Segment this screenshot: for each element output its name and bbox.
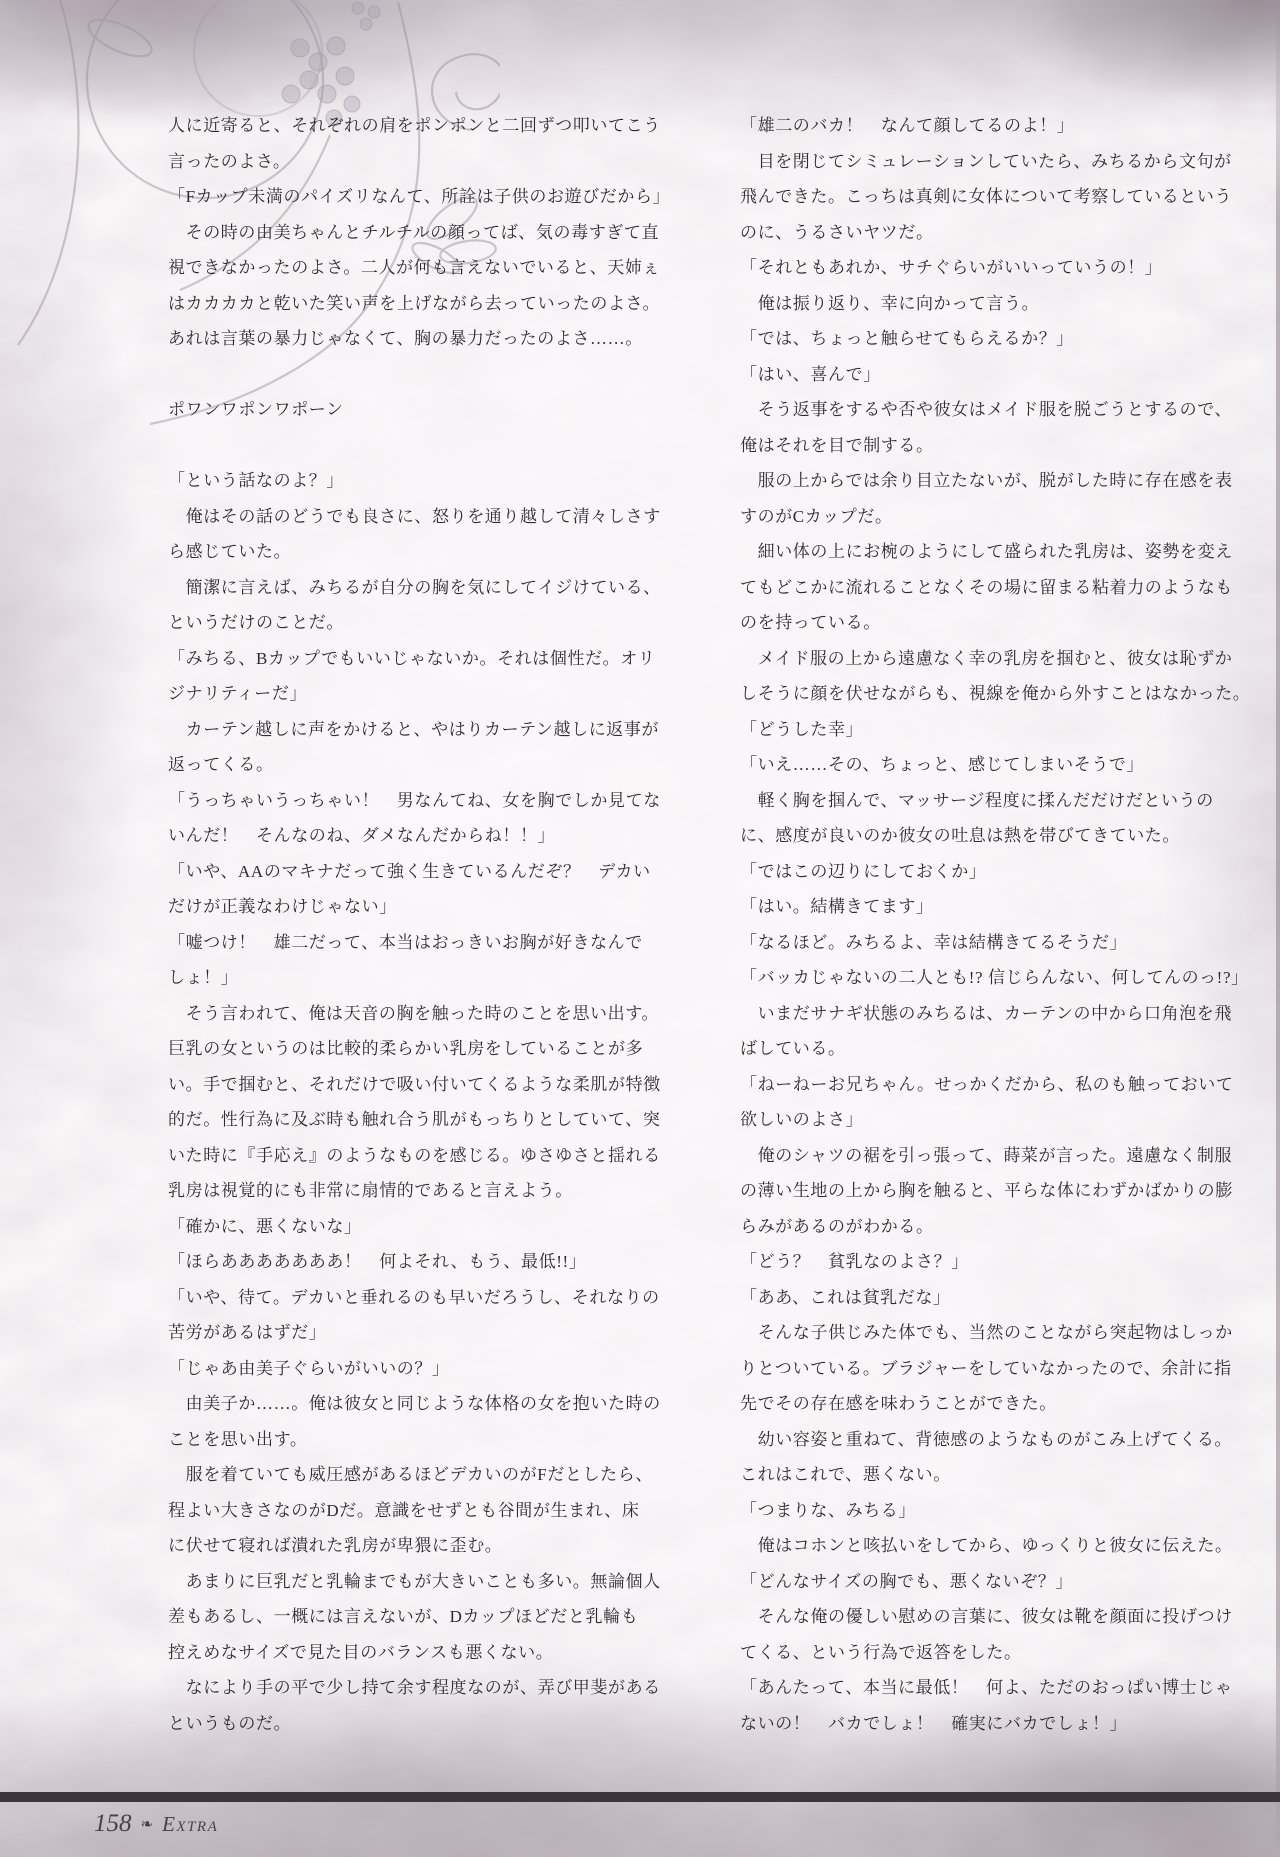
text-line: 「確かに、悪くないな」 — [168, 1209, 686, 1245]
text-line: カーテン越しに声をかけると、やはりカーテン越しに返事が — [168, 712, 686, 748]
text-line: 「ああ、これは貧乳だな」 — [740, 1280, 1258, 1316]
text-line: ら感じていた。 — [168, 534, 686, 570]
text-line: 「どんなサイズの胸でも、悪くないぞ？」 — [740, 1564, 1258, 1600]
text-line: 軽く胸を掴んで、マッサージ程度に揉んだだけだというの — [740, 783, 1258, 819]
left-text-column: 人に近寄ると、それぞれの肩をポンポンと二回ずつ叩いてこう言ったのよさ。「Fカップ… — [168, 108, 686, 1741]
text-line: 差もあるし、一概には言えないが、Dカップほどだと乳輪も — [168, 1599, 686, 1635]
text-line: 言ったのよさ。 — [168, 144, 686, 180]
text-line: あまりに巨乳だと乳輪までもが大きいことも多い。無論個人 — [168, 1564, 686, 1600]
text-line: というものだ。 — [168, 1706, 686, 1742]
text-line: の薄い生地の上から胸を触ると、平らな体にわずかばかりの膨 — [740, 1173, 1258, 1209]
text-line: あれは言葉の暴力じゃなくて、胸の暴力だったのよさ……。 — [168, 321, 686, 357]
text-line: てくる、という行為で返答をした。 — [740, 1635, 1258, 1671]
text-line: 「じゃあ由美子ぐらいがいいの？」 — [168, 1351, 686, 1387]
text-line: 飛んできた。こっちは真剣に女体について考察しているという — [740, 179, 1258, 215]
text-line: 視できなかったのよさ。二人が何も言えないでいると、天姉ぇ — [168, 250, 686, 286]
text-line: ジナリティーだ」 — [168, 676, 686, 712]
text-line: メイド服の上から遠慮なく幸の乳房を掴むと、彼女は恥ずか — [740, 641, 1258, 677]
text-line: 返ってくる。 — [168, 747, 686, 783]
text-line: 「ほらあああああああ！ 何よそれ、もう、最低!!」 — [168, 1244, 686, 1280]
text-line: しょ！」 — [168, 960, 686, 996]
text-line: 「嘘つけ！ 雄二だって、本当はおっきいお胸が好きなんで — [168, 925, 686, 961]
text-line: ばしている。 — [740, 1031, 1258, 1067]
text-line: すのがCカップだ。 — [740, 499, 1258, 535]
text-line: のを持っている。 — [740, 605, 1258, 641]
text-line: 「あんたって、本当に最低！ 何よ、ただのおっぱい博士じゃ — [740, 1670, 1258, 1706]
text-line: 「Fカップ未満のパイズリなんて、所詮は子供のお遊びだから」 — [168, 179, 686, 215]
text-line: 由美子か……。俺は彼女と同じような体格の女を抱いた時の — [168, 1386, 686, 1422]
text-line — [168, 428, 686, 464]
text-line: 「はい、喜んで」 — [740, 357, 1258, 393]
text-line: らみがあるのがわかる。 — [740, 1209, 1258, 1245]
text-line: その時の由美ちゃんとチルチルの顔ってば、気の毒すぎて直 — [168, 215, 686, 251]
book-page: 人に近寄ると、それぞれの肩をポンポンと二回ずつ叩いてこう言ったのよさ。「Fカップ… — [0, 0, 1280, 1857]
text-line: 服の上からでは余り目立たないが、脱がした時に存在感を表 — [740, 463, 1258, 499]
text-line: しそうに顔を伏せながらも、視線を俺から外すことはなかった。 — [740, 676, 1258, 712]
text-line: いんだ！ そんなのね、ダメなんだからね！！」 — [168, 818, 686, 854]
text-line: だけが正義なわけじゃない」 — [168, 889, 686, 925]
text-line: そう言われて、俺は天音の胸を触った時のことを思い出す。 — [168, 996, 686, 1032]
text-line: に伏せて寝れば潰れた乳房が卑猥に歪む。 — [168, 1528, 686, 1564]
text-line: はカカカカと乾いた笑い声を上げながら去っていったのよさ。 — [168, 286, 686, 322]
text-line: なにより手の平で少し持て余す程度なのが、弄び甲斐がある — [168, 1670, 686, 1706]
page-number: 158 — [94, 1810, 132, 1838]
text-line: 「ではこの辺りにしておくか」 — [740, 854, 1258, 890]
text-line: 「いや、待て。デカいと垂れるのも早いだろうし、それなりの — [168, 1280, 686, 1316]
text-line: いまだサナギ状態のみちるは、カーテンの中から口角泡を飛 — [740, 996, 1258, 1032]
text-line: 「ねーねーお兄ちゃん。せっかくだから、私のも触っておいて — [740, 1067, 1258, 1103]
text-line: 服を着ていても威圧感があるほどデカいのがFだとしたら、 — [168, 1457, 686, 1493]
text-line: 控えめなサイズで見た目のバランスも悪くない。 — [168, 1635, 686, 1671]
text-line: 「いや、AAのマキナだって強く生きているんだぞ？ デカい — [168, 854, 686, 890]
text-line: 俺はコホンと咳払いをしてから、ゆっくりと彼女に伝えた。 — [740, 1528, 1258, 1564]
text-line: い。手で掴むと、それだけで吸い付いてくるような柔肌が特徴 — [168, 1067, 686, 1103]
text-line: 乳房は視覚的にも非常に扇情的であると言えよう。 — [168, 1173, 686, 1209]
text-line: 俺はそれを目で制する。 — [740, 428, 1258, 464]
scan-edge-shadow — [1276, 0, 1280, 1857]
text-line: 巨乳の女というのは比較的柔らかい乳房をしていることが多 — [168, 1031, 686, 1067]
text-line: 先でその存在感を味わうことができた。 — [740, 1386, 1258, 1422]
section-label: Extra — [162, 1812, 218, 1837]
text-line: 細い体の上にお椀のようにして盛られた乳房は、姿勢を変え — [740, 534, 1258, 570]
text-line: 人に近寄ると、それぞれの肩をポンポンと二回ずつ叩いてこう — [168, 108, 686, 144]
text-line: そう返事をするや否や彼女はメイド服を脱ごうとするので、 — [740, 392, 1258, 428]
text-line: 「どう？ 貧乳なのよさ？」 — [740, 1244, 1258, 1280]
text-line: 「雄二のバカ！ なんて顔してるのよ！」 — [740, 108, 1258, 144]
text-line: 目を閉じてシミュレーションしていたら、みちるから文句が — [740, 144, 1258, 180]
text-line: 俺は振り返り、幸に向かって言う。 — [740, 286, 1258, 322]
text-line: 「では、ちょっと触らせてもらえるか？」 — [740, 321, 1258, 357]
text-line: 「バッカじゃないの二人とも!? 信じらんない、何してんのっ!?」 — [740, 960, 1258, 996]
text-line: 「なるほど。みちるよ、幸は結構きてるそうだ」 — [740, 925, 1258, 961]
text-line: 「という話なのよ？」 — [168, 463, 686, 499]
footer-divider — [0, 1792, 1280, 1802]
fleuron-icon: ❧ — [141, 1815, 154, 1834]
text-line: 程よい大きさなのがDだ。意識をせずとも谷間が生まれ、床 — [168, 1493, 686, 1529]
text-line: いた時に『手応え』のようなものを感じる。ゆさゆさと揺れる — [168, 1138, 686, 1174]
text-line: 簡潔に言えば、みちるが自分の胸を気にしてイジけている、 — [168, 570, 686, 606]
text-line: 「いえ……その、ちょっと、感じてしまいそうで」 — [740, 747, 1258, 783]
page-footer: 158 ❧ Extra — [94, 1810, 218, 1838]
text-line: 「はい。結構きてます」 — [740, 889, 1258, 925]
text-line: 「どうした幸」 — [740, 712, 1258, 748]
text-line: 俺のシャツの裾を引っ張って、蒔菜が言った。遠慮なく制服 — [740, 1138, 1258, 1174]
right-text-column: 「雄二のバカ！ なんて顔してるのよ！」 目を閉じてシミュレーションしていたら、み… — [740, 108, 1258, 1741]
text-line: ポワンワポンワポーン — [168, 392, 686, 428]
text-line — [168, 357, 686, 393]
text-line: 「みちる、Bカップでもいいじゃないか。それは個性だ。オリ — [168, 641, 686, 677]
text-line: そんな俺の優しい慰めの言葉に、彼女は靴を顔面に投げつけ — [740, 1599, 1258, 1635]
text-line: りとついている。ブラジャーをしていなかったので、余計に指 — [740, 1351, 1258, 1387]
text-line: てもどこかに流れることなくその場に留まる粘着力のようなも — [740, 570, 1258, 606]
text-line: というだけのことだ。 — [168, 605, 686, 641]
text-line: これはこれで、悪くない。 — [740, 1457, 1258, 1493]
text-line: 俺はその話のどうでも良さに、怒りを通り越して清々しさす — [168, 499, 686, 535]
text-line: 「つまりな、みちる」 — [740, 1493, 1258, 1529]
text-line: ことを思い出す。 — [168, 1422, 686, 1458]
text-line: 苦労があるはずだ」 — [168, 1315, 686, 1351]
text-line: そんな子供じみた体でも、当然のことながら突起物はしっか — [740, 1315, 1258, 1351]
text-line: ないの！ バカでしょ！ 確実にバカでしょ！」 — [740, 1706, 1258, 1742]
text-line: 的だ。性行為に及ぶ時も触れ合う肌がもっちりとしていて、突 — [168, 1102, 686, 1138]
text-line: 「うっちゃいうっちゃい！ 男なんてね、女を胸でしか見てな — [168, 783, 686, 819]
text-line: に、感度が良いのか彼女の吐息は熱を帯びてきていた。 — [740, 818, 1258, 854]
text-line: 幼い容姿と重ねて、背徳感のようなものがこみ上げてくる。 — [740, 1422, 1258, 1458]
text-line: 「それともあれか、サチぐらいがいいっていうの！」 — [740, 250, 1258, 286]
text-line: のに、うるさいヤツだ。 — [740, 215, 1258, 251]
text-line: 欲しいのよさ」 — [740, 1102, 1258, 1138]
